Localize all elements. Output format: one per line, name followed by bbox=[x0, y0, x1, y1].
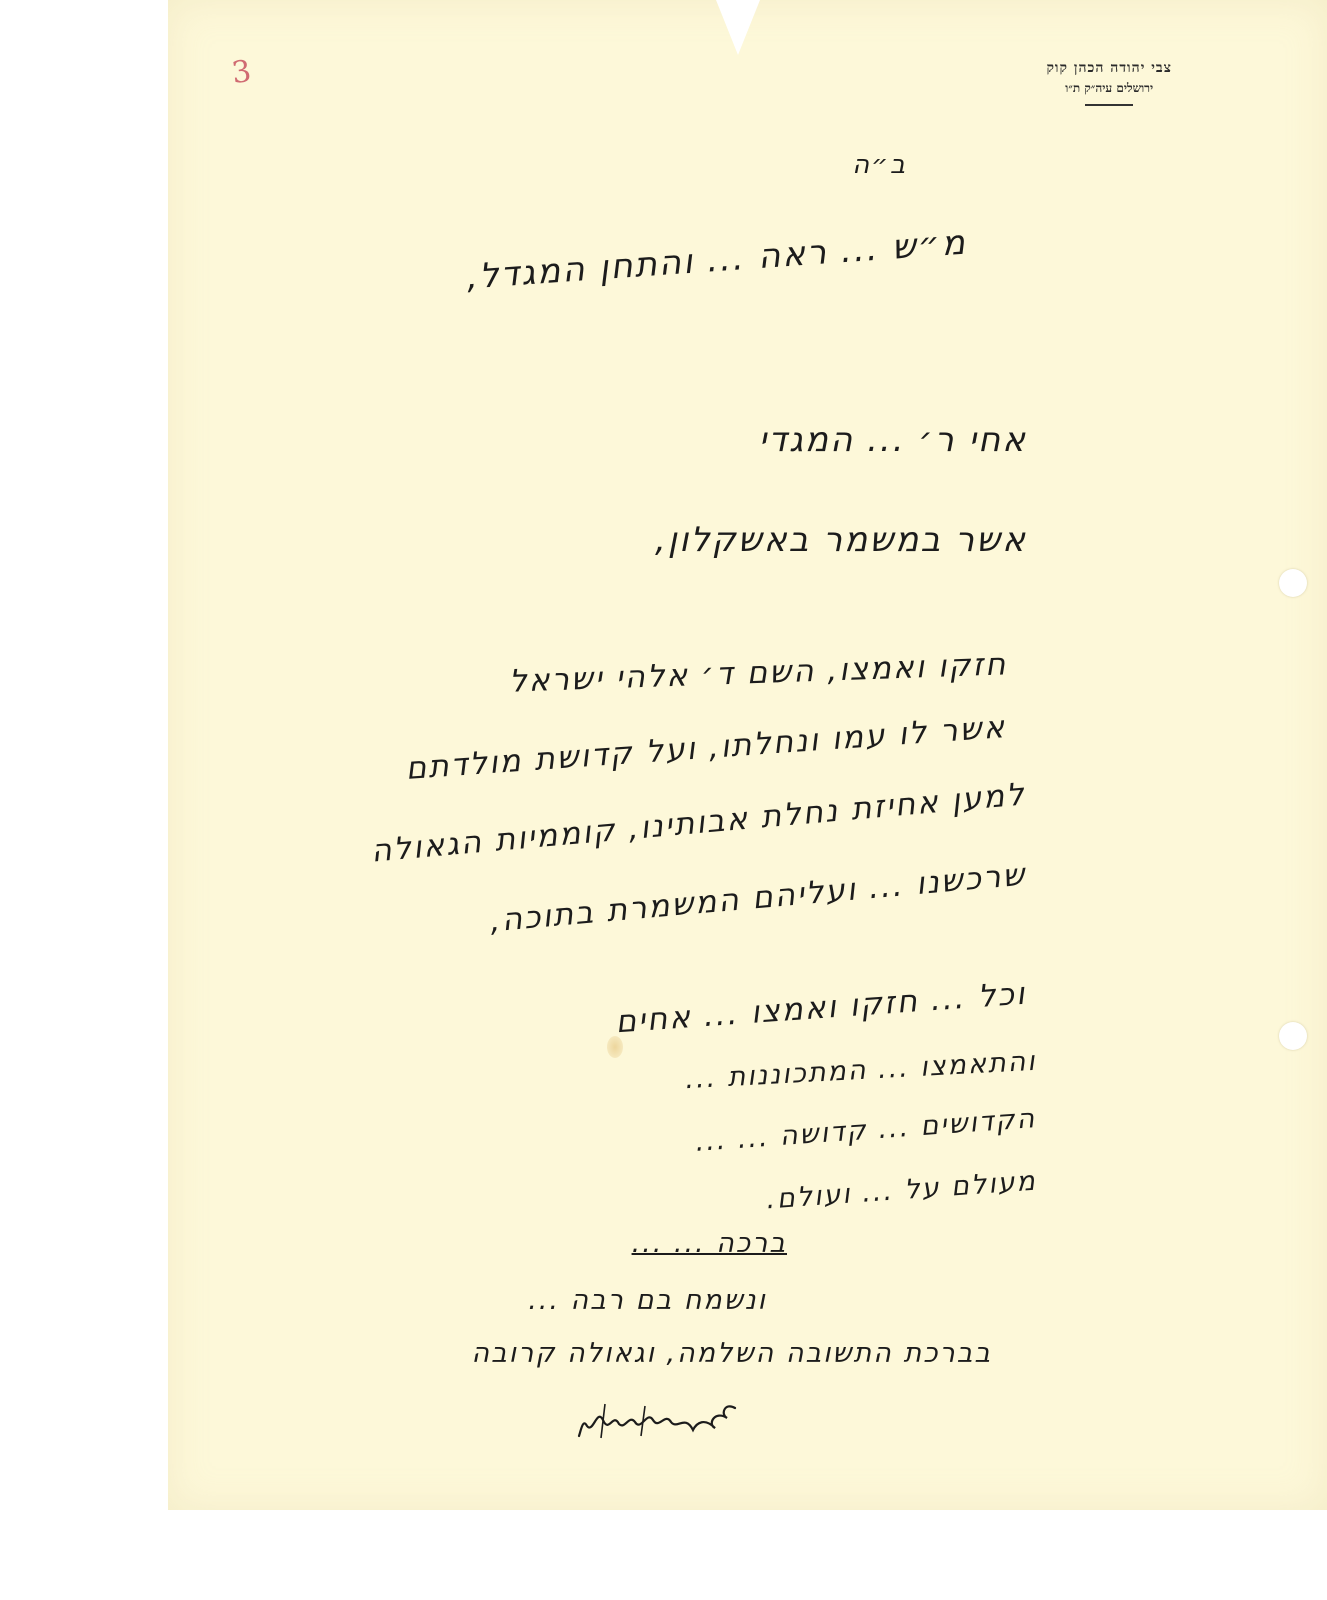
salutation-line-2: אשר במשמר באשקלון, bbox=[655, 520, 1027, 560]
closing-final-line: בברכת התשובה השלמה, וגאולה קרובה bbox=[472, 1338, 992, 1369]
heading-mark: ב״ה bbox=[852, 150, 907, 180]
letterhead-city: ירושלים עיה״ק ת״ו bbox=[1046, 78, 1172, 98]
signature bbox=[575, 1400, 740, 1440]
punch-hole-bottom bbox=[1279, 1022, 1307, 1050]
closing-blessing: ונשמח בם רבה ... bbox=[528, 1285, 767, 1316]
letterhead-name: צבי יהודה הכהן קוק bbox=[1046, 58, 1172, 78]
punch-hole-top bbox=[1279, 569, 1307, 597]
closing-emphasis: ברכה ... ... bbox=[632, 1228, 787, 1259]
letterhead-rule bbox=[1085, 104, 1133, 106]
paper-notch bbox=[716, 0, 760, 55]
salutation-line-1: אחי ר׳ ... המגדי bbox=[759, 420, 1027, 460]
letterhead: צבי יהודה הכהן קוק ירושלים עיה״ק ת״ו bbox=[1046, 58, 1172, 106]
scanned-document: 3 צבי יהודה הכהן קוק ירושלים עיה״ק ת״ו ב… bbox=[0, 0, 1327, 1600]
